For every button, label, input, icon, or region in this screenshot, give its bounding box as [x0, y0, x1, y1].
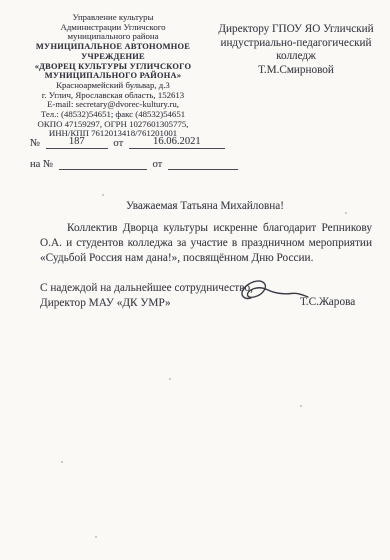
addressee-line: колледж [210, 50, 382, 64]
outgoing-number-value: 187 [46, 136, 108, 149]
reply-date-blank [168, 169, 238, 170]
letterhead-org-line: муниципального района [12, 32, 214, 42]
number-label: № [30, 138, 40, 149]
reference-block: № 187 от 16.06.2021 на № от [30, 136, 241, 180]
scan-speckle [61, 461, 63, 463]
addressee-name: Т.М.Смирновой [210, 64, 382, 78]
addressee-line: индустриально-педагогический [210, 37, 382, 51]
scan-speckle [95, 536, 97, 538]
reply-date-label: от [152, 159, 162, 170]
outgoing-date-value: 16.06.2021 [129, 136, 225, 149]
addressee-block: Директору ГПОУ ЯО Угличский индустриальн… [210, 23, 382, 77]
letter-page: Управление культуры Администрации Угличс… [0, 0, 390, 560]
addressee-line: Директору ГПОУ ЯО Угличский [210, 23, 382, 37]
signer-name: Т.С.Жарова [300, 295, 355, 310]
sender-letterhead: Управление культуры Администрации Угличс… [12, 13, 214, 139]
letter-body: Коллектив Дворца культуры искренне благо… [40, 221, 372, 267]
reply-number-label: на № [30, 159, 53, 170]
date-label: от [113, 138, 123, 149]
reply-number-blank [59, 169, 147, 170]
letterhead-org-name-line: МУНИЦИПАЛЬНОЕ АВТОНОМНОЕ УЧРЕЖДЕНИЕ [12, 42, 214, 61]
scan-speckle [169, 378, 171, 380]
closing-block: С надеждой на дальнейшее сотрудничество,… [40, 281, 372, 311]
scan-speckle [300, 405, 302, 407]
scan-speckle [102, 194, 104, 196]
incoming-reference-line: на № от [30, 159, 241, 170]
closing-phrase: С надеждой на дальнейшее сотрудничество, [40, 281, 372, 296]
letterhead-org-name-line: «ДВОРЕЦ КУЛЬТУРЫ УГЛИЧСКОГО [12, 62, 214, 72]
salutation: Уважаемая Татьяна Михайловна! [40, 200, 370, 212]
scan-speckle [345, 212, 347, 214]
outgoing-reference-line: № 187 от 16.06.2021 [30, 136, 241, 149]
